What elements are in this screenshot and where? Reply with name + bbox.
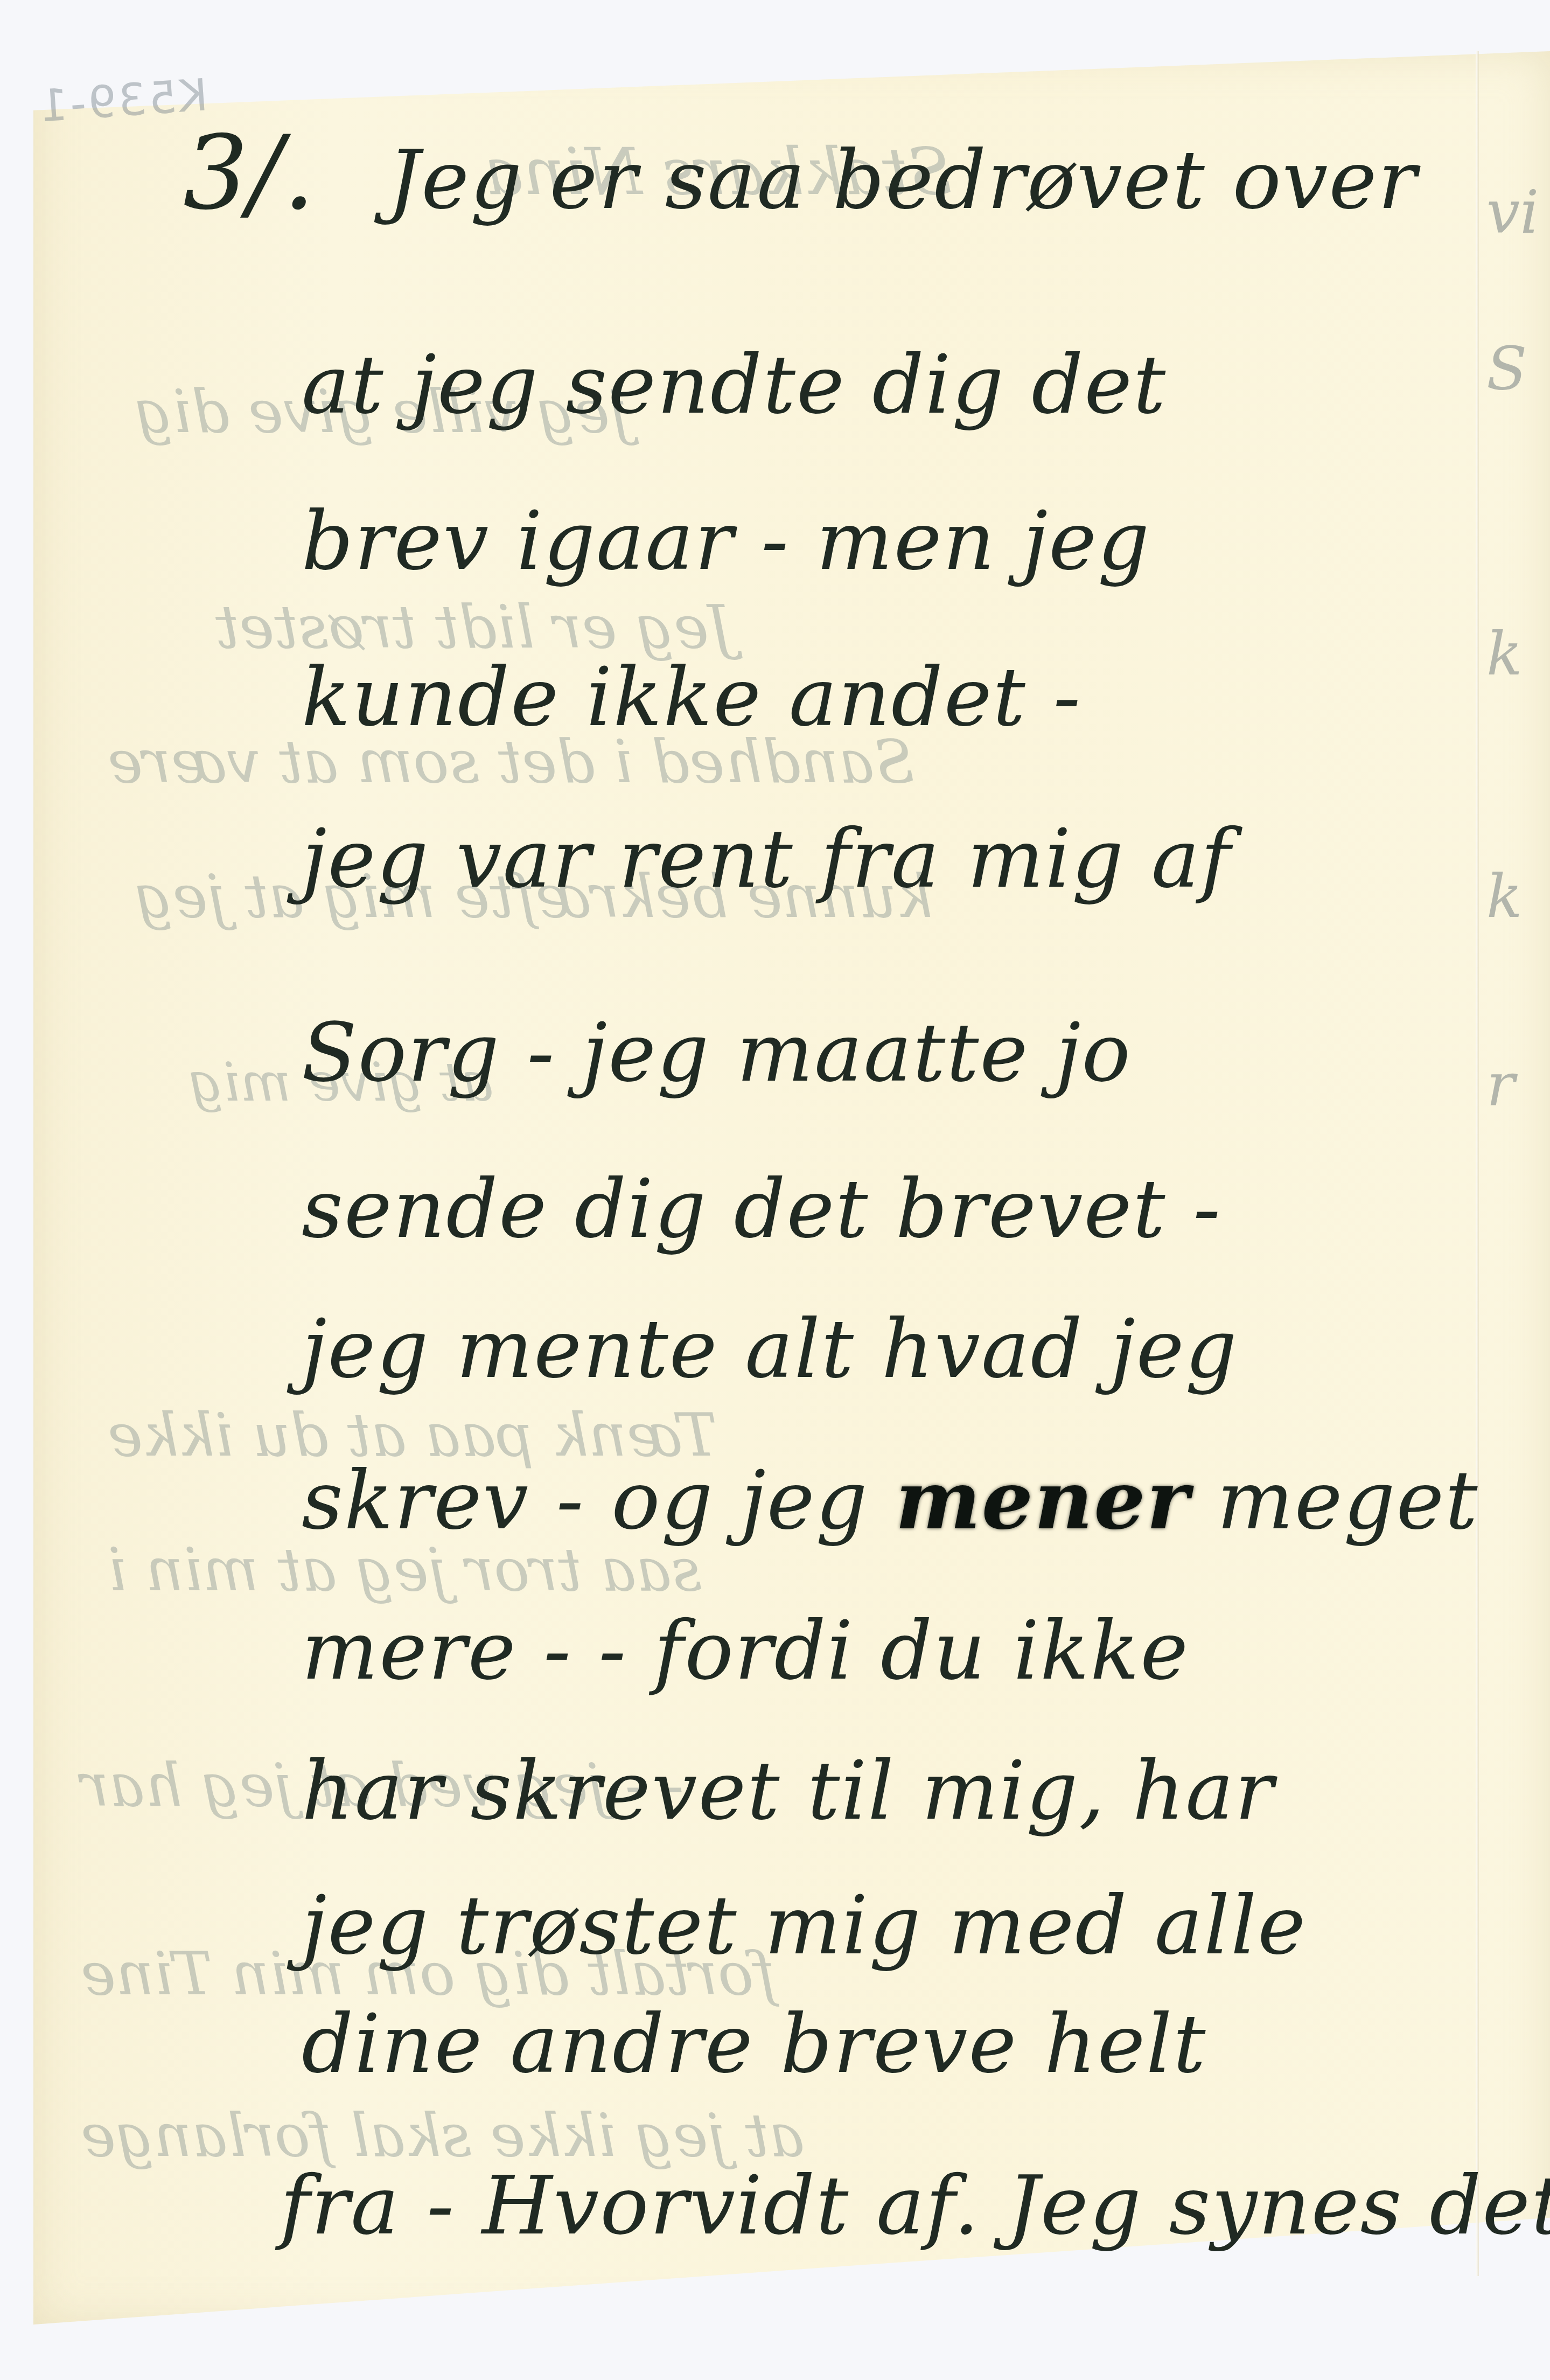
- text-line-14: fra - Hvorvidt af. Jeg synes det: [280, 2166, 1550, 2246]
- page-number: 3/.: [183, 113, 315, 232]
- text-line-12: jeg trøstet mig med alle: [302, 1885, 1307, 1966]
- text-line-9: skrev - og jeg mener meget: [302, 1460, 1479, 1541]
- overwritten-word: mener: [895, 1453, 1190, 1548]
- text-line-3: brev igaar - men jeg: [302, 501, 1150, 582]
- text-line-9-part-3: meget: [1190, 1454, 1479, 1548]
- text-line-8: jeg mente alt hvad jeg: [302, 1309, 1238, 1390]
- text-line-4: kunde ikke andet -: [302, 657, 1081, 738]
- text-line-7: sende dig det brevet -: [302, 1169, 1221, 1250]
- text-line-13: dine andre breve helt: [302, 2004, 1207, 2085]
- right-edge-bleed-text: r: [1486, 1050, 1550, 1119]
- text-line-5: jeg var rent fra mig af: [302, 819, 1232, 900]
- paper-fold-line: [1476, 51, 1479, 2276]
- right-edge-bleed-text: vi: [1486, 178, 1550, 247]
- right-edge-bleed-text: k: [1486, 862, 1550, 931]
- text-line-2: at jeg sendte dig det: [302, 345, 1167, 426]
- right-edge-bleed-text: k: [1486, 620, 1550, 688]
- text-line-9-part-1: skrev - og jeg: [302, 1454, 895, 1548]
- text-line-6: Sorg - jeg maatte jo: [302, 1013, 1132, 1094]
- right-edge-bleed-text: S: [1486, 334, 1550, 403]
- scan-background: K539-1 Stakkars Ninajeg ville give digJe…: [0, 0, 1550, 2380]
- text-line-1: Jeg er saa bedrøvet over: [388, 140, 1418, 221]
- text-line-11: har skrevet til mig, har: [302, 1751, 1274, 1832]
- text-line-10: mere - - fordi du ikke: [302, 1611, 1189, 1692]
